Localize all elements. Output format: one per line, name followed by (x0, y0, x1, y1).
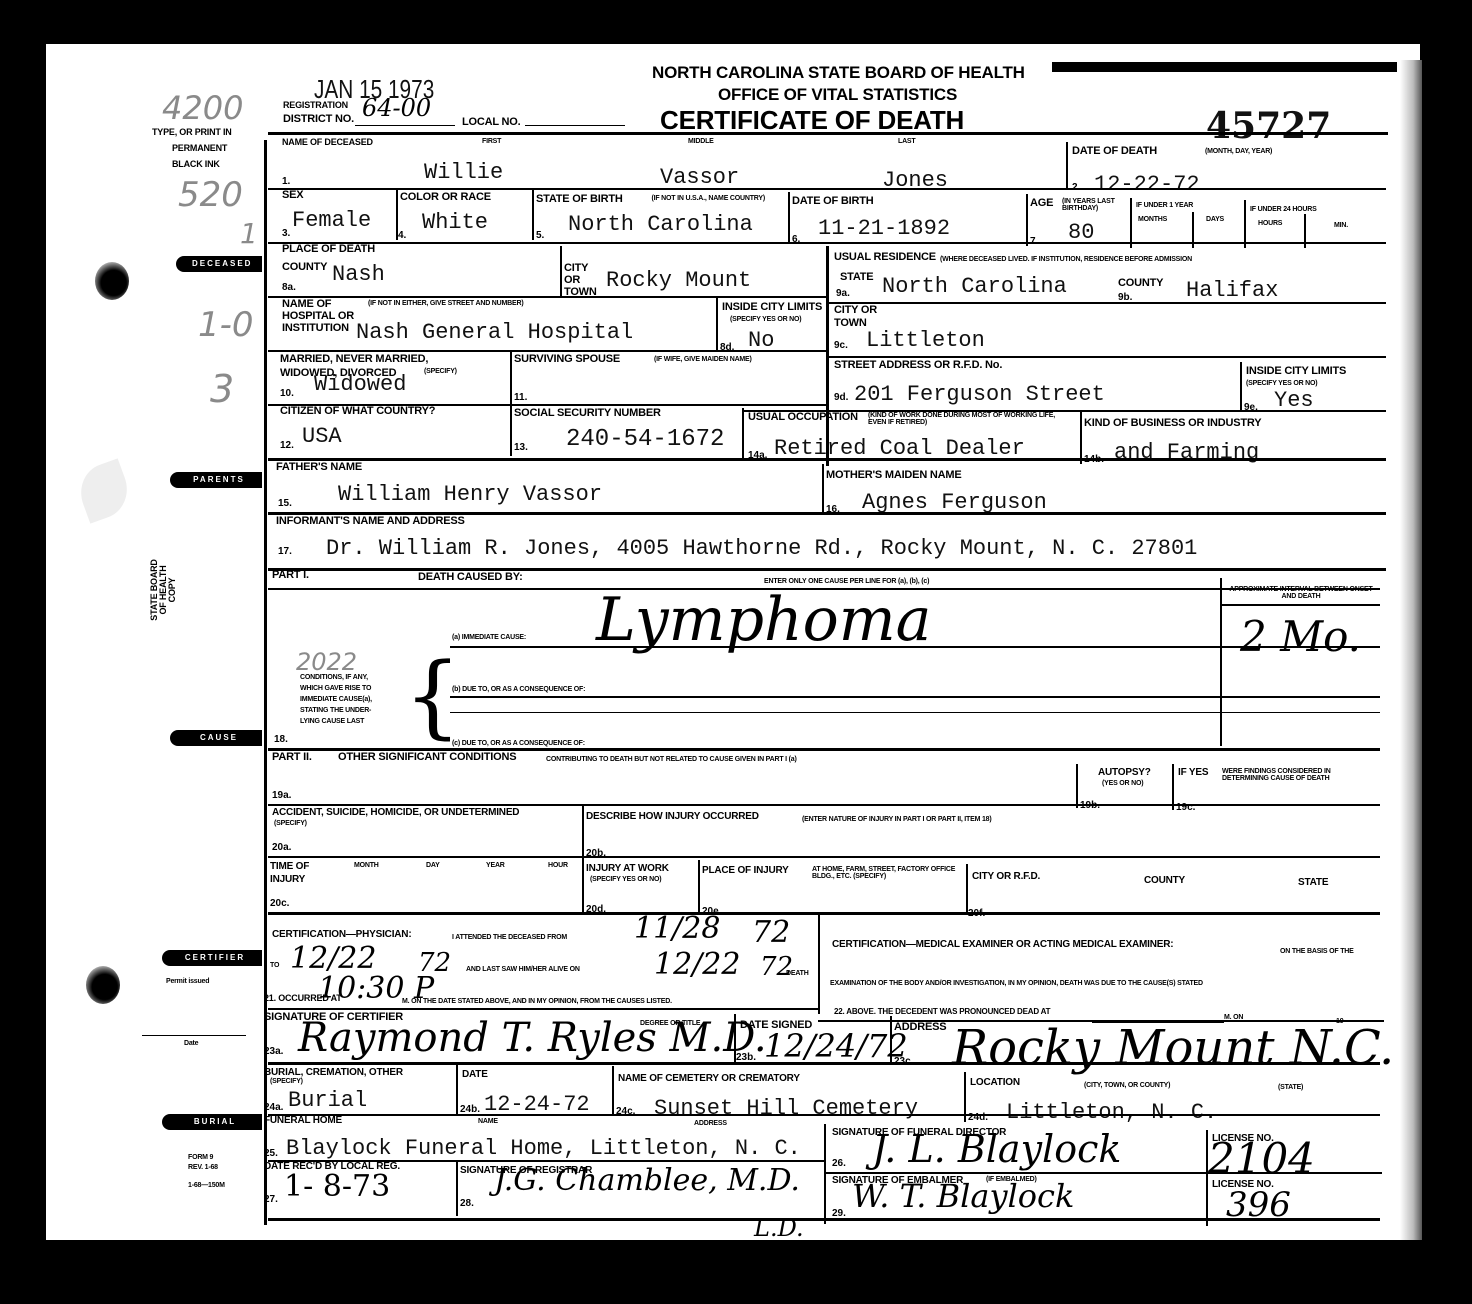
time-col-day: DAY (426, 862, 440, 869)
under-24-hours-label: IF UNDER 24 HOURS (1250, 206, 1317, 213)
bottom-initials: L.D. (754, 1216, 804, 1240)
row-line (268, 1114, 1380, 1116)
cemetery-value: Sunset Hill Cemetery (654, 1098, 918, 1120)
cemetery-label: NAME OF CEMETERY OR CREMATORY (618, 1074, 800, 1084)
res-inside-limits-label: INSIDE CITY LIMITS (1246, 366, 1346, 377)
date-of-death-hint: (MONTH, DAY, YEAR) (1205, 148, 1272, 155)
embalmer-signature: W. T. Blaylock (852, 1180, 1074, 1212)
interval-value: 2 Mo. (1240, 616, 1361, 658)
district-number: 64-00 (362, 96, 431, 120)
section-tab-deceased: DECEASED (176, 256, 262, 272)
name-label: NAME OF DECEASED (282, 136, 373, 149)
local-no-underline (525, 125, 625, 126)
item-10: 10. (280, 388, 294, 399)
divider (1244, 200, 1246, 248)
row-line (828, 302, 1386, 304)
res-state-label: STATE (840, 272, 873, 283)
item-15: 15. (278, 498, 292, 509)
punch-hole-top (95, 262, 129, 300)
row-line (826, 1172, 1382, 1174)
location-state-hint: (STATE) (1278, 1084, 1303, 1091)
date-of-death: 12-22-72 (1094, 174, 1200, 196)
row-line (268, 188, 1386, 190)
location-label: LOCATION (970, 1078, 1020, 1088)
director-signature: J. L. Blaylock (872, 1130, 1121, 1168)
attended-from-date: 11/28 (634, 914, 720, 944)
margin-pencil-1-0: 1-0 (198, 308, 254, 342)
spouse-hint: (IF WIFE, GIVE MAIDEN NAME) (654, 356, 752, 363)
me-time-line (1092, 1022, 1224, 1023)
middle-label: MIDDLE (688, 138, 714, 145)
form-revision: REV. 1-68 (188, 1164, 218, 1171)
dob-label: DATE OF BIRTH (792, 196, 874, 207)
item-26: 26. (832, 1158, 846, 1169)
divider (788, 192, 790, 244)
cause-line-bc (450, 712, 1380, 713)
item-1: 1. (282, 176, 290, 187)
death-inside-limits-label: INSIDE CITY LIMITS (722, 302, 822, 313)
res-city-value: Littleton (866, 330, 985, 352)
dob-value: 11-21-1892 (818, 218, 950, 240)
days-label: DAYS (1206, 216, 1224, 223)
form-left-border (264, 140, 267, 1225)
father-value: William Henry Vassor (338, 484, 602, 506)
last-saw-text: AND LAST SAW HIM/HER ALIVE ON (466, 966, 580, 973)
row-line (268, 242, 1386, 244)
embalmer-license-value: 396 (1226, 1188, 1291, 1222)
residence-hint: (WHERE DECEASED LIVED. IF INSTITUTION, R… (940, 256, 1192, 263)
paper-edge-shadow (1400, 60, 1422, 1240)
sex-value: Female (292, 210, 371, 232)
section-tab-parents: PARENTS (170, 472, 262, 488)
birth-state-label: STATE OF BIRTH (536, 194, 623, 205)
item-19a: 19a. (272, 790, 291, 801)
form-bottom-border (268, 1218, 1380, 1221)
describe-injury-label: DESCRIBE HOW INJURY OCCURRED (586, 812, 759, 822)
cause-pencil-code: 2022 (296, 650, 357, 674)
cause-line-a (450, 646, 1380, 648)
res-county-label: COUNTY (1118, 278, 1163, 289)
item-9d: 9d. (834, 392, 848, 403)
age-value: 80 (1068, 222, 1094, 244)
injury-county-label: COUNTY (1144, 876, 1185, 886)
certifier-address-label: ADDRESS (894, 1022, 946, 1033)
permit-date-line (142, 1035, 246, 1036)
disposition-value: Burial (288, 1090, 367, 1112)
attended-text: I ATTENDED THE DECEASED FROM (452, 934, 567, 941)
birth-state-hint: (IF NOT IN U.S.A., NAME COUNTRY) (635, 195, 765, 202)
form-number: FORM 9 (188, 1154, 213, 1161)
item-13: 13. (514, 442, 528, 453)
interval-label: APPROXIMATE INTERVAL BETWEEN ONSET AND D… (1226, 586, 1376, 600)
occupation-label: USUAL OCCUPATION (748, 412, 858, 423)
margin-pencil-1: 1 (240, 220, 258, 248)
instruction-line3: BLACK INK (172, 160, 220, 169)
item-28: 28. (460, 1198, 474, 1209)
sex-label: SEX (282, 190, 303, 201)
part1-label: PART I. (272, 570, 309, 581)
item-20a: 20a. (272, 842, 291, 853)
other-conditions-label: OTHER SIGNIFICANT CONDITIONS (338, 752, 516, 763)
divider (1076, 764, 1078, 808)
ssn-value: 240-54-1672 (566, 428, 724, 452)
attended-to-date: 12/22 (290, 944, 376, 974)
marital-specify: (SPECIFY) (424, 368, 457, 375)
medical-examiner-label: CERTIFICATION—MEDICAL EXAMINER OR ACTING… (832, 940, 1173, 950)
immediate-cause-value: Lymphoma (596, 590, 931, 650)
hospital-value: Nash General Hospital (356, 322, 633, 344)
disposition-label: BURIAL, CREMATION, OTHER (264, 1068, 403, 1078)
findings-hint: WERE FINDINGS CONSIDERED IN DETERMINING … (1222, 768, 1376, 782)
res-street-value: 201 Ferguson Street (854, 384, 1105, 406)
under-1-year-label: IF UNDER 1 YEAR (1136, 202, 1193, 209)
item-3: 3. (282, 228, 290, 239)
res-inside-limits-value: Yes (1274, 390, 1314, 412)
side-copy-label: STATE BOARD OF HEALTH COPY (150, 540, 177, 640)
location-hint: (CITY, TOWN, OR COUNTY) (1084, 1082, 1170, 1089)
months-label: MONTHS (1138, 216, 1167, 223)
permit-date-label: Date (184, 1040, 198, 1047)
date-of-death-label: DATE OF DEATH (1072, 146, 1157, 157)
divider (510, 350, 512, 456)
local-no-label: LOCAL NO. (462, 117, 521, 128)
row-line (268, 804, 1380, 806)
registration-label: REGISTRATION (283, 101, 348, 110)
autopsy-hint: (YES OR NO) (1102, 780, 1143, 787)
divider (560, 246, 562, 298)
death-inside-limits-hint: (SPECIFY YES OR NO) (730, 316, 801, 323)
item-20c: 20c. (270, 898, 289, 909)
row-line (828, 356, 1386, 358)
certifier-signature: Raymond T. Ryles M.D. (298, 1018, 767, 1058)
registrar-signature: J.G. Chamblee, M.D. (494, 1166, 800, 1196)
accident-label: ACCIDENT, SUICIDE, HOMICIDE, OR UNDETERM… (272, 808, 519, 818)
occurred-text: M. ON THE DATE STATED ABOVE, AND IN MY O… (402, 998, 672, 1005)
spouse-label: SURVIVING SPOUSE (514, 354, 620, 365)
divider (1026, 194, 1028, 246)
divider (1080, 412, 1082, 464)
side-copy-line3: COPY (168, 540, 177, 640)
item-8a: 8a. (282, 282, 296, 293)
injury-city-label: CITY OR R.F.D. (972, 872, 1040, 882)
death-caused-by-label: DEATH CAUSED BY: (418, 572, 523, 583)
divider (1066, 142, 1068, 188)
funeral-home-label: FUNERAL HOME (264, 1116, 342, 1126)
item-27: 27. (264, 1194, 278, 1205)
permit-issued-label: Permit issued (166, 978, 209, 985)
mother-value: Agnes Ferguson (862, 492, 1047, 514)
item-12: 12. (280, 440, 294, 451)
divider (612, 1066, 614, 1116)
death-city-value: Rocky Mount (606, 270, 751, 292)
top-black-bar (1052, 62, 1397, 72)
medical-examiner-text2: EXAMINATION OF THE BODY AND/OR INVESTIGA… (830, 980, 1203, 987)
item-23a: 23a. (264, 1046, 283, 1057)
district-underline (355, 125, 455, 126)
conditions-text: CONDITIONS, IF ANY, WHICH GAVE RISE TO I… (300, 672, 372, 727)
death-county-label: COUNTY (282, 262, 327, 273)
received-value: 1- 8-73 (284, 1172, 390, 1202)
time-col-hour: HOUR (548, 862, 568, 869)
physician-cert-label: CERTIFICATION—PHYSICIAN: (272, 930, 411, 940)
part2-label: PART II. (272, 752, 312, 763)
conditions-line: LYING CAUSE LAST (300, 716, 372, 727)
item-11: 11. (514, 392, 527, 403)
time-col-month: MONTH (354, 862, 379, 869)
item-24a: 24a. (264, 1102, 283, 1113)
middle-name: Vassor (660, 167, 739, 189)
res-inside-limits-hint: (SPECIFY YES OR NO) (1246, 380, 1317, 387)
conditions-line: CONDITIONS, IF ANY, (300, 672, 372, 683)
place-of-injury-hint: AT HOME, FARM, STREET, FACTORY OFFICE BL… (812, 866, 968, 880)
findings-label: IF YES (1178, 768, 1208, 778)
res-state-value: North Carolina (882, 276, 1067, 298)
due-to-b-label: (b) DUE TO, OR AS A CONSEQUENCE OF: (452, 686, 585, 693)
cause-line-b (450, 696, 1380, 698)
divider (456, 1160, 458, 1216)
instruction-line2: PERMANENT (172, 144, 227, 153)
location-value: Littleton, N. C. (1006, 1102, 1217, 1124)
other-conditions-hint: CONTRIBUTING TO DEATH BUT NOT RELATED TO… (546, 756, 797, 763)
burial-date-value: 12-24-72 (484, 1094, 590, 1116)
row-line (268, 1008, 818, 1010)
header-org-line2: OFFICE OF VITAL STATISTICS (718, 86, 957, 103)
hospital-hint: (IF NOT IN EITHER, GIVE STREET AND NUMBE… (368, 300, 523, 307)
section-tab-certifier: CERTIFIER (162, 950, 262, 966)
immediate-cause-label: (a) IMMEDIATE CAUSE: (452, 634, 526, 641)
death-county-value: Nash (332, 264, 385, 286)
margin-pencil-4200: 4200 (162, 92, 243, 124)
funeral-home-address-label: ADDRESS (694, 1120, 727, 1127)
margin-pencil-3: 3 (210, 370, 234, 408)
injury-at-work-label: INJURY AT WORK (586, 864, 669, 874)
divider (698, 860, 700, 912)
item-9a: 9a. (836, 288, 850, 299)
race-label: COLOR OR RACE (400, 192, 491, 203)
page-title: CERTIFICATE OF DEATH (660, 107, 964, 133)
occupation-value: Retired Coal Dealer (774, 438, 1025, 460)
item-25: 25. (264, 1148, 278, 1159)
injury-state-label: STATE (1298, 878, 1328, 888)
burial-date-label: DATE (462, 1070, 488, 1080)
medical-examiner-text3: 22. ABOVE. THE DECEDENT WAS PRONOUNCED D… (834, 1008, 1050, 1016)
funeral-home-value: Blaylock Funeral Home, Littleton, N. C. (286, 1138, 801, 1160)
autopsy-label: AUTOPSY? (1098, 768, 1151, 778)
conditions-line: STATING THE UNDER- (300, 705, 372, 716)
item-17: 17. (278, 546, 292, 557)
section-tab-cause: CAUSE (170, 730, 262, 746)
injury-at-work-hint: (SPECIFY YES OR NO) (590, 876, 661, 883)
citizen-label: CITIZEN OF WHAT COUNTRY? (280, 406, 435, 417)
first-label: FIRST (482, 138, 501, 145)
divider (818, 914, 820, 1014)
section-line (268, 912, 1380, 915)
race-value: White (422, 212, 488, 234)
first-name: Willie (424, 162, 503, 184)
funeral-home-name-label: NAME (478, 1118, 498, 1125)
date-signed-value: 12/24/72 (764, 1030, 908, 1062)
business-label: KIND OF BUSINESS OR INDUSTRY (1084, 418, 1261, 429)
divider (822, 464, 824, 514)
mother-label: MOTHER'S MAIDEN NAME (826, 470, 962, 481)
age-hint: (IN YEARS LAST BIRTHDAY) (1062, 198, 1126, 212)
conditions-line: WHICH GAVE RISE TO (300, 683, 372, 694)
section-line (268, 1062, 1380, 1065)
divider (890, 1016, 892, 1064)
interval-line (1222, 604, 1380, 606)
describe-injury-hint: (ENTER NATURE OF INJURY IN PART I OR PAR… (802, 816, 992, 823)
place-of-injury-label: PLACE OF INJURY (702, 866, 789, 876)
divider (742, 408, 744, 460)
accident-specify: (SPECIFY) (274, 820, 307, 827)
instruction-line1: TYPE, OR PRINT IN (152, 128, 232, 137)
hospital-label: NAME OF HOSPITAL OR INSTITUTION (282, 298, 354, 334)
death-label: DEATH (786, 970, 809, 977)
divider (824, 1124, 826, 1224)
res-city-label: CITY OR TOWN (834, 304, 884, 330)
punch-hole-bottom (86, 966, 120, 1004)
cause-instruction: ENTER ONLY ONE CAUSE PER LINE FOR (a), (… (764, 578, 929, 585)
certificate-number: 45727 (1206, 108, 1331, 144)
header-org-line1: NORTH CAROLINA STATE BOARD OF HEALTH (652, 64, 1025, 81)
time-of-injury-label: TIME OF INJURY (270, 860, 330, 886)
margin-pencil-520: 520 (178, 178, 243, 212)
last-seen-date: 12/22 (654, 950, 740, 980)
residence-label: USUAL RESIDENCE (834, 252, 936, 263)
item-5: 5. (536, 230, 544, 241)
marital-value: Widowed (314, 374, 406, 396)
row-line (818, 1020, 1384, 1022)
section-line (268, 458, 1386, 461)
last-label: LAST (898, 138, 915, 145)
due-to-c-label: (c) DUE TO, OR AS A CONSEQUENCE OF: (452, 740, 585, 747)
time-col-year: YEAR (486, 862, 505, 869)
item-18: 18. (274, 734, 288, 745)
death-city-label: CITY OR TOWN (564, 262, 604, 298)
hours-label: HOURS (1258, 220, 1282, 227)
divider (582, 806, 584, 912)
res-street-label: STREET ADDRESS OR R.F.D. No. (834, 360, 1002, 371)
conditions-line: IMMEDIATE CAUSE(a), (300, 694, 372, 705)
district-label: DISTRICT NO. (283, 114, 354, 125)
informant-value: Dr. William R. Jones, 4005 Hawthorne Rd.… (326, 538, 1197, 560)
father-label: FATHER'S NAME (276, 462, 362, 473)
death-inside-limits-value: No (748, 330, 774, 352)
occupation-hint: (KIND OF WORK DONE DURING MOST OF WORKIN… (868, 412, 1068, 426)
ssn-label: SOCIAL SECURITY NUMBER (514, 408, 661, 419)
attended-from-year: 72 (752, 918, 790, 948)
citizen-value: USA (302, 426, 342, 448)
to-label: TO (270, 962, 279, 969)
age-label: AGE (1030, 198, 1053, 209)
section-tab-burial: BURIAL (162, 1114, 262, 1130)
row-line (268, 856, 1380, 858)
disposition-specify: (SPECIFY) (270, 1078, 303, 1085)
medical-examiner-text1: ON THE BASIS OF THE (1280, 948, 1354, 955)
item-4: 4. (398, 230, 406, 241)
form-top-border (268, 132, 1388, 135)
divider (456, 1064, 458, 1114)
divider (716, 298, 718, 350)
divider (532, 188, 534, 240)
birth-state-value: North Carolina (568, 214, 753, 236)
place-of-death-label: PLACE OF DEATH (282, 244, 375, 255)
divider (1240, 362, 1242, 412)
item-9c: 9c. (834, 340, 848, 351)
informant-label: INFORMANT'S NAME AND ADDRESS (276, 516, 465, 527)
divider (1130, 198, 1132, 248)
divider (966, 864, 968, 914)
res-county-value: Halifax (1186, 280, 1278, 302)
min-label: MIN. (1334, 222, 1348, 229)
form-print-run: 1-68—150M (188, 1182, 225, 1189)
